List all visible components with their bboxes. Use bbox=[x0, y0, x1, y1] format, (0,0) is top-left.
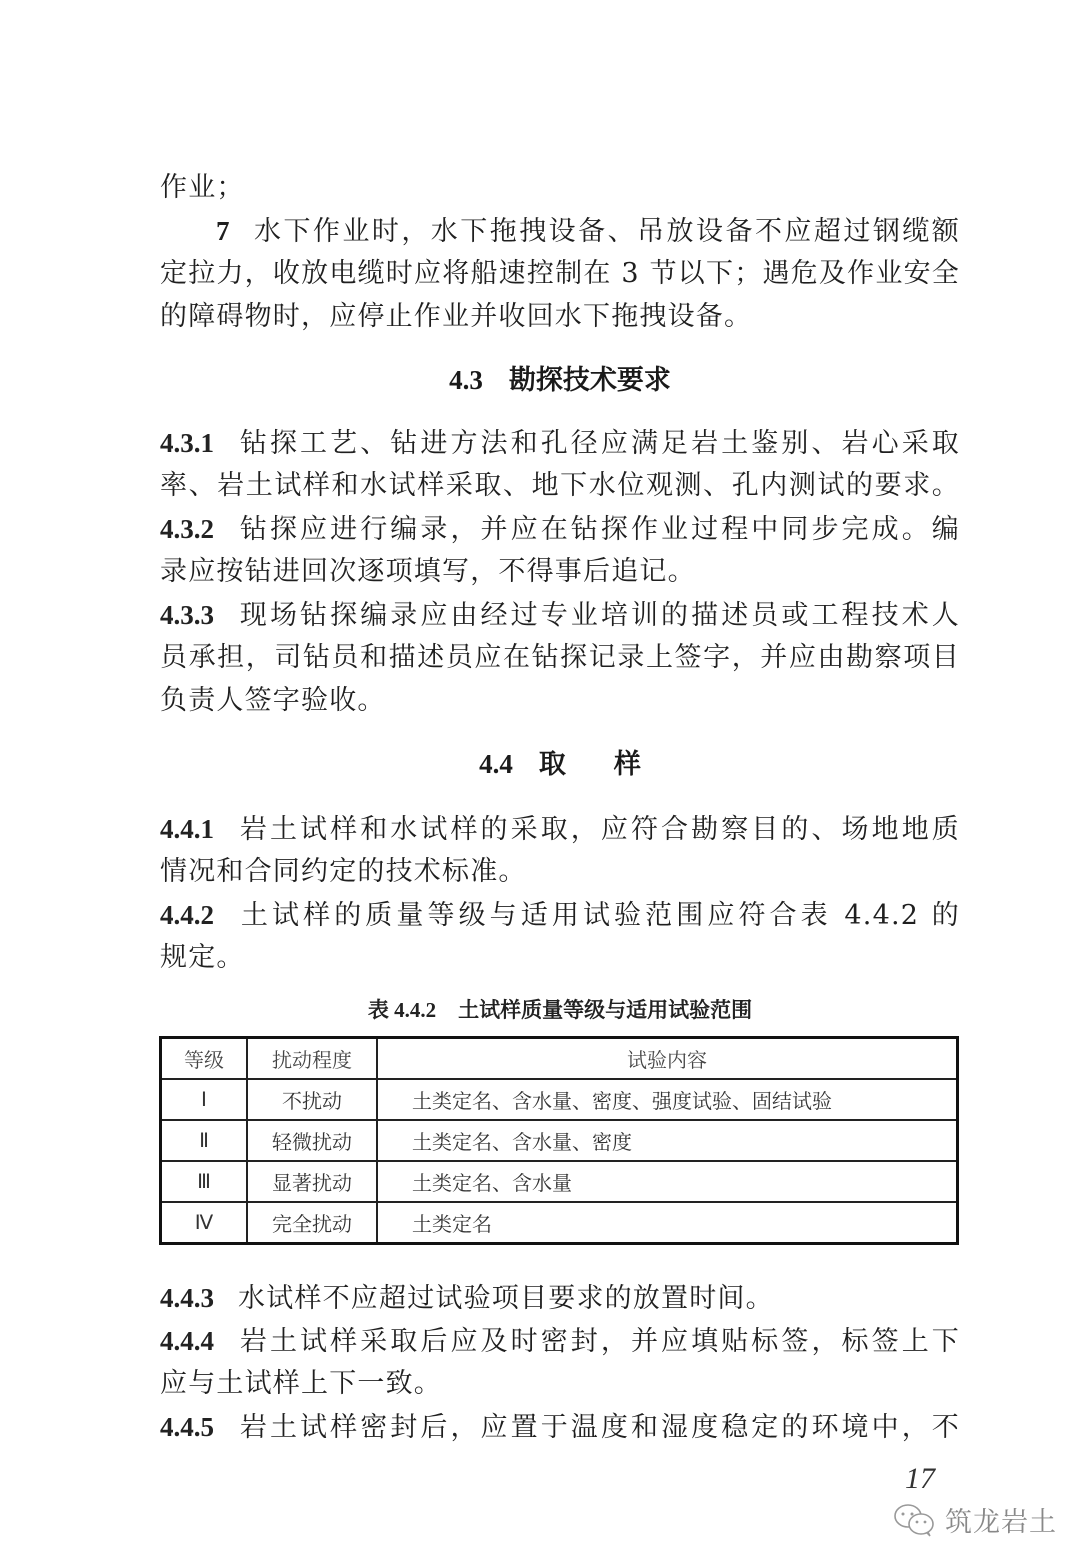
wechat-icon bbox=[893, 1503, 937, 1537]
clause-4-4-3: 4.4.3水试样不应超过试验项目要求的放置时间。 bbox=[160, 1280, 774, 1317]
clause-text: 负责人签字验收。 bbox=[160, 683, 386, 719]
clause-number: 4.4.1 bbox=[160, 814, 214, 844]
cell-content: 土类定名 bbox=[377, 1202, 958, 1244]
clause-text: 岩土试样密封后，应置于温度和湿度稳定的环境中，不 bbox=[238, 1412, 960, 1443]
text-line: 定拉力，收放电缆时应将船速控制在 3 节以下；遇危及作业安全 bbox=[160, 256, 960, 292]
clause-number: 4.3.1 bbox=[160, 428, 214, 458]
item-number: 7 bbox=[216, 216, 231, 246]
table-row: Ⅲ 显著扰动 土类定名、含水量 bbox=[161, 1161, 958, 1202]
clause-4-4-5: 4.4.5岩土试样密封后，应置于温度和湿度稳定的环境中，不 bbox=[160, 1409, 960, 1446]
cell-content: 土类定名、含水量 bbox=[377, 1161, 958, 1202]
clause-number: 4.4.4 bbox=[160, 1326, 214, 1356]
clause-text: 规定。 bbox=[160, 940, 245, 976]
cell-disturbance: 完全扰动 bbox=[247, 1202, 377, 1244]
section-heading-4-3: 4.3勘探技术要求 bbox=[160, 362, 960, 399]
cell-grade: Ⅰ bbox=[161, 1079, 248, 1120]
table-header-row: 等级 扰动程度 试验内容 bbox=[161, 1038, 958, 1080]
clause-number: 4.4.2 bbox=[160, 900, 214, 930]
clause-4-4-2: 4.4.2土试样的质量等级与适用试验范围应符合表 4.4.2 的 bbox=[160, 897, 960, 934]
watermark: 筑龙岩土 bbox=[893, 1500, 1057, 1539]
table-row: Ⅱ 轻微扰动 土类定名、含水量、密度 bbox=[161, 1120, 958, 1161]
section-number: 4.4 bbox=[479, 749, 513, 779]
cell-content: 土类定名、含水量、密度、强度试验、固结试验 bbox=[377, 1079, 958, 1120]
clause-text: 率、岩土试样和水试样采取、地下水位观测、孔内测试的要求。 bbox=[160, 468, 960, 504]
clause-4-3-1: 4.3.1钻探工艺、钻进方法和孔径应满足岩土鉴别、岩心采取 bbox=[160, 425, 960, 462]
header-disturbance: 扰动程度 bbox=[247, 1038, 377, 1080]
clause-text: 水试样不应超过试验项目要求的放置时间。 bbox=[238, 1283, 774, 1314]
section-title: 取 bbox=[539, 749, 614, 780]
clause-text: 录应按钻进回次逐项填写，不得事后追记。 bbox=[160, 554, 696, 590]
cell-disturbance: 不扰动 bbox=[247, 1079, 377, 1120]
section-heading-4-4: 4.4取样 bbox=[160, 746, 960, 783]
cell-disturbance: 显著扰动 bbox=[247, 1161, 377, 1202]
section-title: 勘探技术要求 bbox=[509, 365, 671, 396]
clause-text: 钻探应进行编录，并应在钻探作业过程中同步完成。编 bbox=[238, 514, 960, 545]
table-row: Ⅳ 完全扰动 土类定名 bbox=[161, 1202, 958, 1244]
watermark-text: 筑龙岩土 bbox=[945, 1500, 1057, 1539]
clause-number: 4.4.3 bbox=[160, 1283, 214, 1313]
clause-text: 应与土试样上下一致。 bbox=[160, 1366, 442, 1402]
clause-text: 岩土试样和水试样的采取，应符合勘察目的、场地地质 bbox=[238, 814, 960, 845]
clause-4-4-4: 4.4.4岩土试样采取后应及时密封，并应填贴标签，标签上下 bbox=[160, 1323, 960, 1360]
section-title-2: 样 bbox=[614, 749, 641, 780]
section-number: 4.3 bbox=[449, 365, 483, 395]
table-caption: 表 4.4.2土试样质量等级与适用试验范围 bbox=[160, 995, 960, 1025]
clause-text: 现场钻探编录应由经过专业培训的描述员或工程技术人 bbox=[238, 600, 960, 631]
clause-text: 岩土试样采取后应及时密封，并应填贴标签，标签上下 bbox=[238, 1326, 960, 1357]
cell-grade: Ⅱ bbox=[161, 1120, 248, 1161]
text-line: 的障碍物时，应停止作业并收回水下拖拽设备。 bbox=[160, 299, 752, 335]
cell-disturbance: 轻微扰动 bbox=[247, 1120, 377, 1161]
header-content: 试验内容 bbox=[377, 1038, 958, 1080]
clause-4-4-1: 4.4.1岩土试样和水试样的采取，应符合勘察目的、场地地质 bbox=[160, 811, 960, 848]
page-number: 17 bbox=[905, 1462, 935, 1496]
clause-text: 情况和合同约定的技术标准。 bbox=[160, 854, 527, 890]
clause-number: 4.4.5 bbox=[160, 1412, 214, 1442]
clause-number: 4.3.3 bbox=[160, 600, 214, 630]
clause-4-3-3: 4.3.3现场钻探编录应由经过专业培训的描述员或工程技术人 bbox=[160, 597, 960, 634]
cell-grade: Ⅲ bbox=[161, 1161, 248, 1202]
text-line: 水下作业时，水下拖拽设备、吊放设备不应超过钢缆额 bbox=[253, 216, 960, 247]
table-number: 表 4.4.2 bbox=[368, 998, 436, 1022]
cell-content: 土类定名、含水量、密度 bbox=[377, 1120, 958, 1161]
clause-number: 4.3.2 bbox=[160, 514, 214, 544]
clause-4-3-2: 4.3.2钻探应进行编录，并应在钻探作业过程中同步完成。编 bbox=[160, 511, 960, 548]
header-grade: 等级 bbox=[161, 1038, 248, 1080]
table-row: Ⅰ 不扰动 土类定名、含水量、密度、强度试验、固结试验 bbox=[161, 1079, 958, 1120]
clause-text: 员承担，司钻员和描述员应在钻探记录上签字，并应由勘察项目 bbox=[160, 640, 960, 676]
document-page: 作业； 7水下作业时，水下拖拽设备、吊放设备不应超过钢缆额 定拉力，收放电缆时应… bbox=[160, 0, 960, 1564]
table-title: 土试样质量等级与适用试验范围 bbox=[458, 998, 752, 1022]
cell-grade: Ⅳ bbox=[161, 1202, 248, 1244]
clause-text: 土试样的质量等级与适用试验范围应符合表 4.4.2 的 bbox=[238, 900, 960, 931]
list-item-7: 7水下作业时，水下拖拽设备、吊放设备不应超过钢缆额 bbox=[160, 213, 960, 250]
soil-sample-grade-table: 等级 扰动程度 试验内容 Ⅰ 不扰动 土类定名、含水量、密度、强度试验、固结试验… bbox=[159, 1036, 959, 1245]
text-line: 作业； bbox=[160, 170, 245, 206]
clause-text: 钻探工艺、钻进方法和孔径应满足岩土鉴别、岩心采取 bbox=[238, 428, 960, 459]
